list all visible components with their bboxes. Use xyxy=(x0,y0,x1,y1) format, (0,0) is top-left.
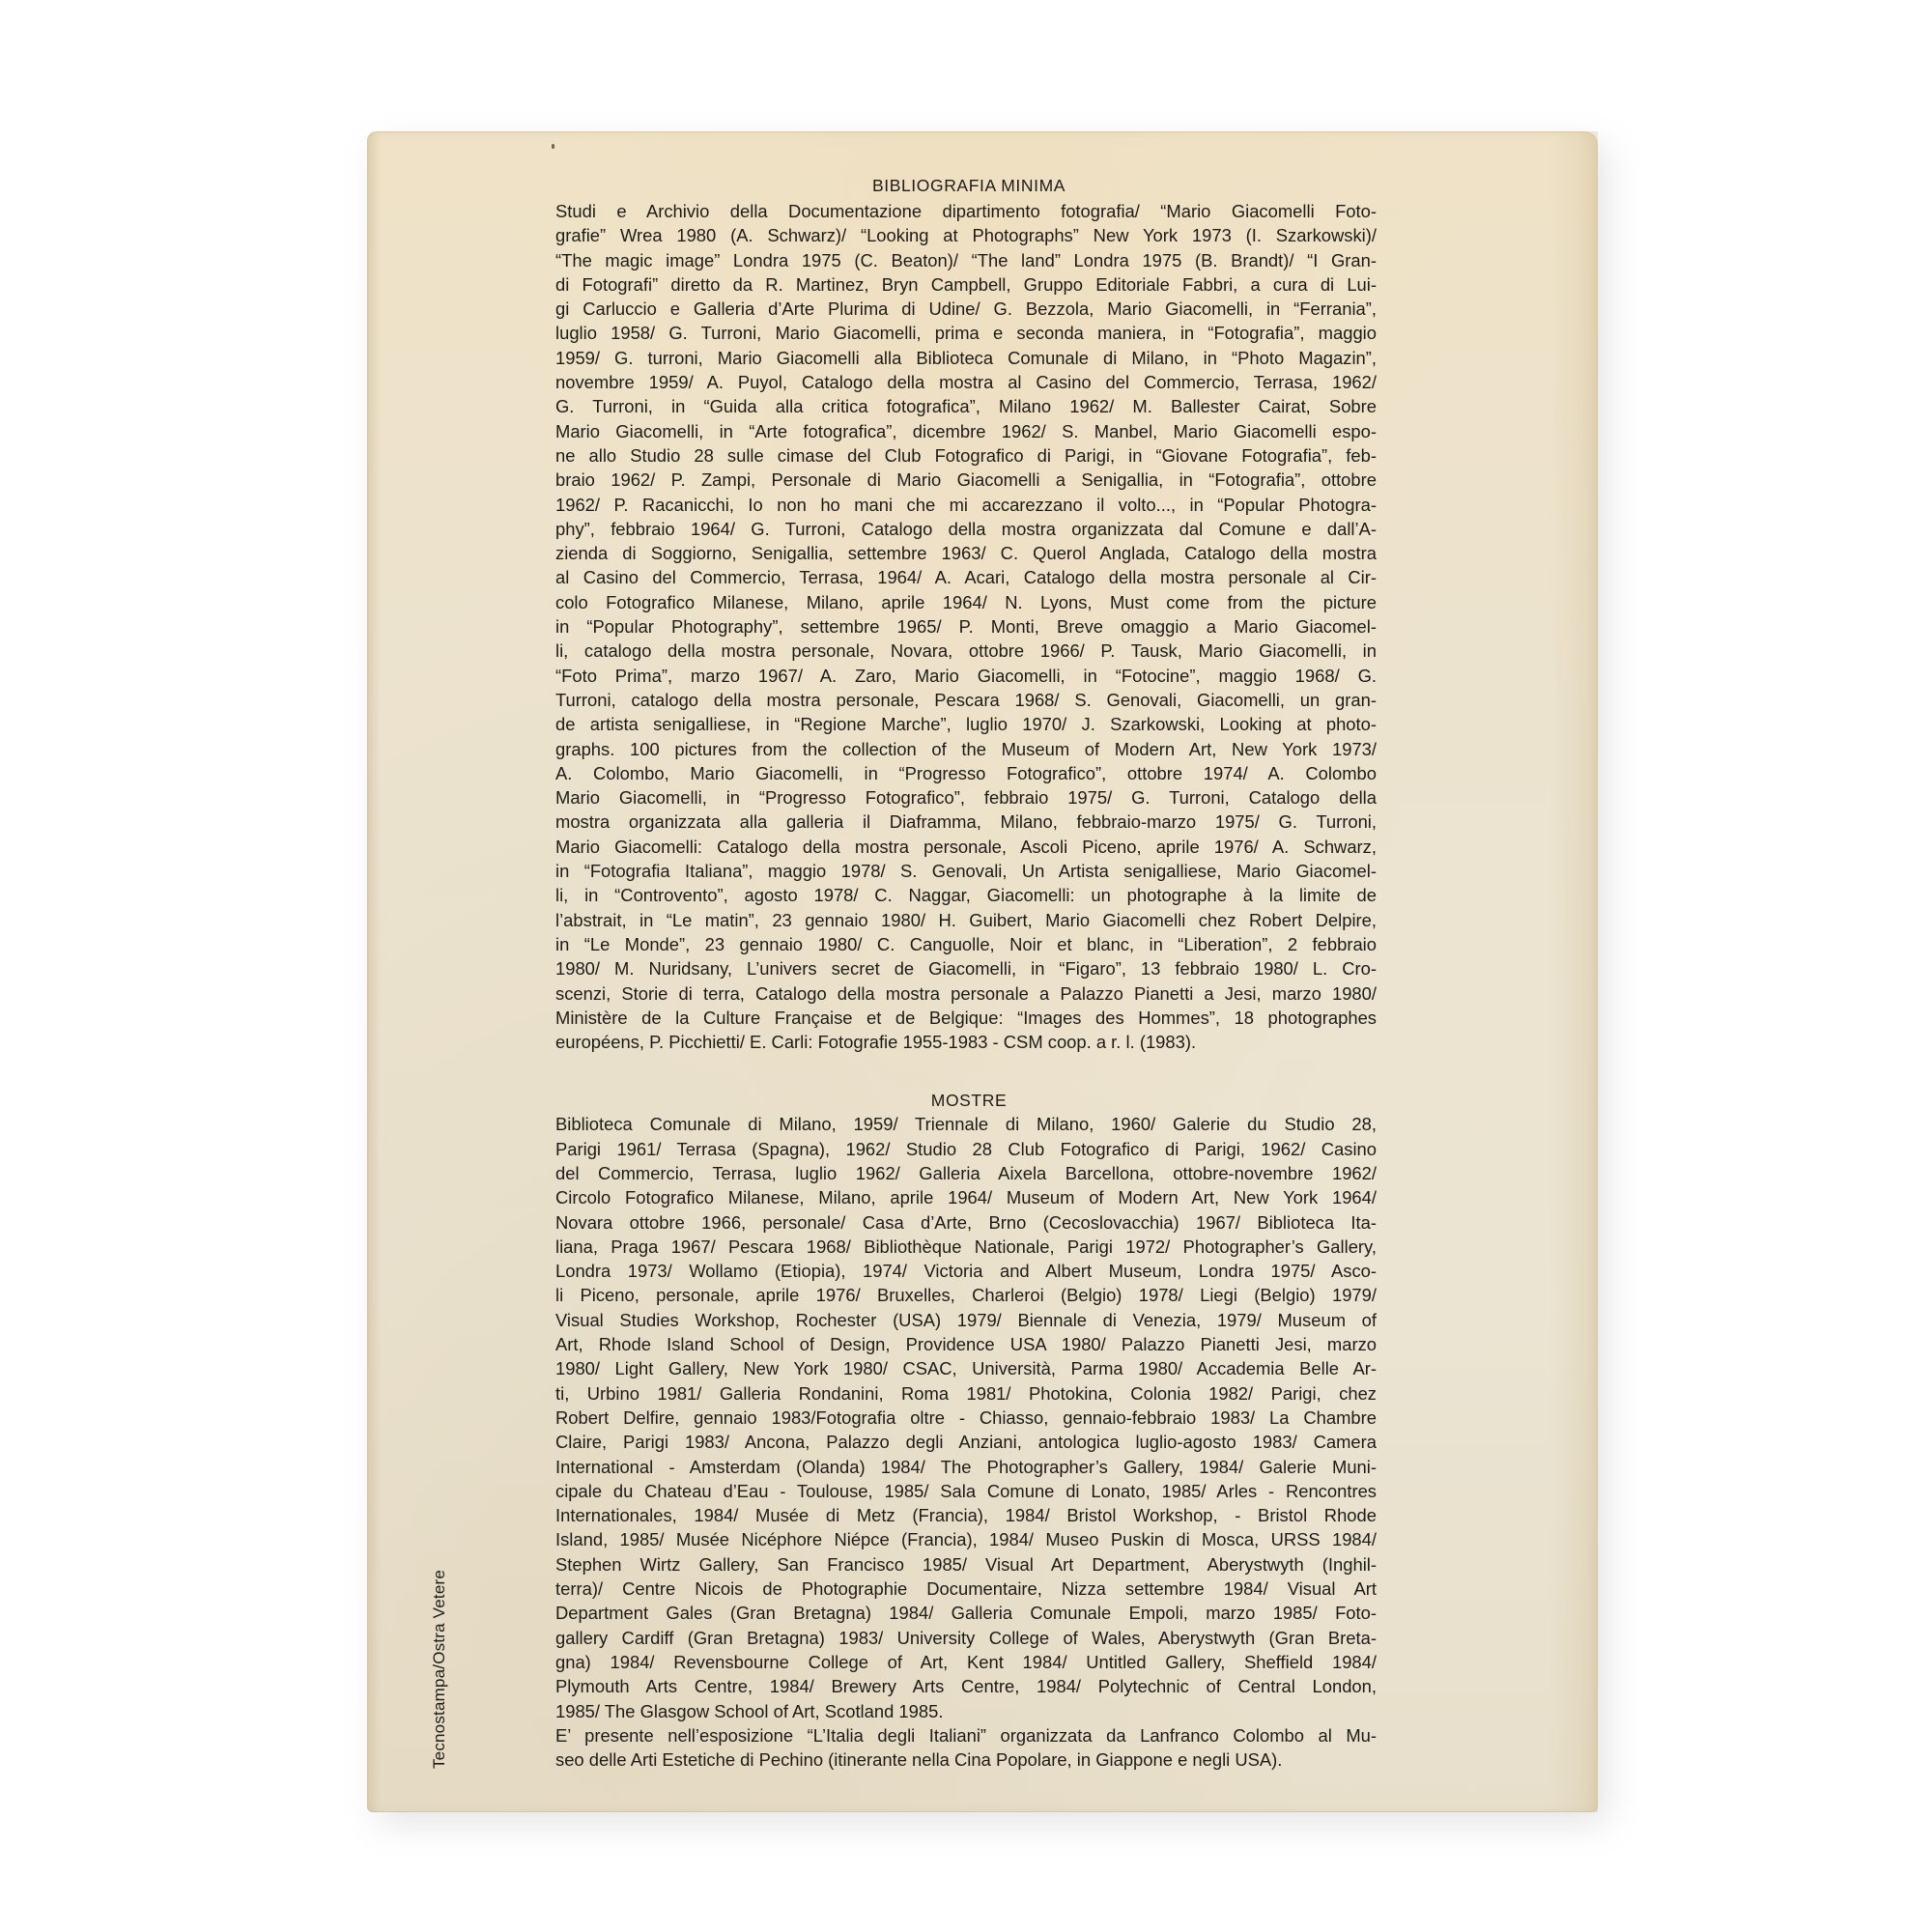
bibliography-line: in “Fotografia Italiana”, maggio 1978/ S… xyxy=(555,859,1377,883)
bibliography-line: 1962/ P. Racanicchi, Io non ho mani che … xyxy=(555,493,1377,517)
bibliography-line: li, catalogo della mostra personale, Nov… xyxy=(555,639,1377,663)
spine-fold xyxy=(367,131,381,1812)
exhibition-line: liana, Praga 1967/ Pescara 1968/ Bibliot… xyxy=(555,1235,1377,1259)
bibliography-line: graphs. 100 pictures from the collection… xyxy=(555,737,1377,761)
exhibition-line: Internationales, 1984/ Musée di Metz (Fr… xyxy=(555,1503,1377,1527)
right-edge-fold xyxy=(1549,131,1598,1812)
exhibition-line: 1985/ The Glasgow School of Art, Scotlan… xyxy=(555,1699,1377,1723)
exhibition-note: E’ presente nell’esposizione “L’Italia d… xyxy=(555,1723,1377,1773)
bibliography-line: Mario Giacomelli: Catalogo della mostra … xyxy=(555,835,1377,859)
bibliography-line: “Foto Prima”, marzo 1967/ A. Zaro, Mario… xyxy=(555,664,1377,688)
exhibition-line: International - Amsterdam (Olanda) 1984/… xyxy=(555,1455,1377,1479)
exhibition-line: gallery Cardiff (Gran Bretagna) 1983/ Un… xyxy=(555,1626,1377,1650)
bibliography-line: Turroni, catalogo della mostra personale… xyxy=(555,688,1377,712)
bibliography-line: de artista senigalliese, in “Regione Mar… xyxy=(555,712,1377,736)
exhibition-line: Art, Rhode Island School of Design, Prov… xyxy=(555,1332,1377,1356)
bibliography-line: li, in “Controvento”, agosto 1978/ C. Na… xyxy=(555,883,1377,907)
bibliography-line: G. Turroni, in “Guida alla critica fotog… xyxy=(555,394,1377,418)
bibliography-line: européens, P. Picchietti/ E. Carli: Foto… xyxy=(555,1030,1377,1054)
exhibition-line: ti, Urbino 1981/ Galleria Rondanini, Rom… xyxy=(555,1381,1377,1406)
exhibition-line: gna) 1984/ Revensbourne College of Art, … xyxy=(555,1650,1377,1674)
bibliography-line: colo Fotografico Milanese, Milano, april… xyxy=(555,590,1377,614)
paper-speck xyxy=(552,144,554,149)
note-line: E’ presente nell’esposizione “L’Italia d… xyxy=(555,1723,1377,1747)
exhibition-line: Plymouth Arts Centre, 1984/ Brewery Arts… xyxy=(555,1674,1377,1698)
bibliography-line: novembre 1959/ A. Puyol, Catalogo della … xyxy=(555,370,1377,394)
exhibition-line: Island, 1985/ Musée Nicéphore Niépce (Fr… xyxy=(555,1527,1377,1551)
bibliography-line: 1980/ M. Nuridsany, L’univers secret de … xyxy=(555,956,1377,980)
bibliography-line: grafie” Wrea 1980 (A. Schwarz)/ “Looking… xyxy=(555,223,1377,247)
bibliography-line: 1959/ G. turroni, Mario Giacomelli alla … xyxy=(555,346,1377,370)
exhibition-line: Novara ottobre 1966, personale/ Casa d’A… xyxy=(555,1210,1377,1235)
bibliography-line: Studi e Archivio della Documentazione di… xyxy=(555,199,1377,223)
exhibition-line: del Commercio, Terrasa, luglio 1962/ Gal… xyxy=(555,1161,1377,1185)
bibliography-line: in “Le Monde”, 23 gennaio 1980/ C. Cangu… xyxy=(555,932,1377,956)
section-gap xyxy=(555,1054,1377,1089)
bibliography-heading: BIBLIOGRAFIA MINIMA xyxy=(561,172,1377,199)
note-line: seo delle Arti Estetiche di Pechino (iti… xyxy=(555,1747,1377,1772)
bibliography-line: di Fotografi” diretto da R. Martinez, Br… xyxy=(555,272,1377,297)
exhibitions-body: Biblioteca Comunale di Milano, 1959/ Tri… xyxy=(555,1112,1377,1722)
exhibition-line: Circolo Fotografico Milanese, Milano, ap… xyxy=(555,1185,1377,1209)
exhibition-line: terra)/ Centre Nicois de Photographie Do… xyxy=(555,1577,1377,1601)
bibliography-line: braio 1962/ P. Zampi, Personale di Mario… xyxy=(555,468,1377,492)
page-content: BIBLIOGRAFIA MINIMA Studi e Archivio del… xyxy=(555,172,1377,1772)
bibliography-line: Ministère de la Culture Française et de … xyxy=(555,1006,1377,1030)
exhibition-line: 1980/ Light Gallery, New York 1980/ CSAC… xyxy=(555,1356,1377,1380)
exhibition-line: li Piceno, personale, aprile 1976/ Bruxe… xyxy=(555,1283,1377,1307)
exhibition-line: Claire, Parigi 1983/ Ancona, Palazzo deg… xyxy=(555,1430,1377,1454)
bibliography-line: zienda di Soggiorno, Senigallia, settemb… xyxy=(555,541,1377,565)
exhibition-line: Biblioteca Comunale di Milano, 1959/ Tri… xyxy=(555,1112,1377,1136)
bibliography-line: l’abstrait, in “Le matin”, 23 gennaio 19… xyxy=(555,908,1377,932)
exhibitions-heading: MOSTRE xyxy=(561,1089,1377,1112)
bibliography-body: Studi e Archivio della Documentazione di… xyxy=(555,199,1377,1054)
exhibition-line: Robert Delfire, gennaio 1983/Fotografia … xyxy=(555,1406,1377,1430)
bibliography-line: al Casino del Commercio, Terrasa, 1964/ … xyxy=(555,565,1377,589)
exhibition-line: Department Gales (Gran Bretagna) 1984/ G… xyxy=(555,1601,1377,1625)
bibliography-line: Mario Giacomelli, in “Arte fotografica”,… xyxy=(555,419,1377,443)
exhibition-line: Stephen Wirtz Gallery, San Francisco 198… xyxy=(555,1552,1377,1577)
exhibition-line: Visual Studies Workshop, Rochester (USA)… xyxy=(555,1308,1377,1332)
bibliography-line: luglio 1958/ G. Turroni, Mario Giacomell… xyxy=(555,321,1377,345)
bibliography-line: gi Carluccio e Galleria d’Arte Plurima d… xyxy=(555,297,1377,321)
bibliography-line: A. Colombo, Mario Giacomelli, in “Progre… xyxy=(555,761,1377,785)
bibliography-line: “The magic image” Londra 1975 (C. Beaton… xyxy=(555,248,1377,272)
bibliography-line: scenzi, Storie di terra, Catalogo della … xyxy=(555,981,1377,1006)
exhibition-line: Londra 1973/ Wollamo (Etiopia), 1974/ Vi… xyxy=(555,1259,1377,1283)
exhibition-line: cipale du Chateau d’Eau - Toulouse, 1985… xyxy=(555,1479,1377,1503)
bibliography-line: mostra organizzata alla galleria il Diaf… xyxy=(555,810,1377,834)
bibliography-line: in “Popular Photography”, settembre 1965… xyxy=(555,614,1377,639)
bibliography-line: phy”, febbraio 1964/ G. Turroni, Catalog… xyxy=(555,517,1377,541)
exhibition-line: Parigi 1961/ Terrasa (Spagna), 1962/ Stu… xyxy=(555,1137,1377,1161)
bibliography-line: ne allo Studio 28 sulle cimase del Club … xyxy=(555,443,1377,468)
printer-imprint: Tecnostampa/Ostra Vetere xyxy=(430,1570,449,1769)
bibliography-line: Mario Giacomelli, in “Progresso Fotograf… xyxy=(555,785,1377,810)
